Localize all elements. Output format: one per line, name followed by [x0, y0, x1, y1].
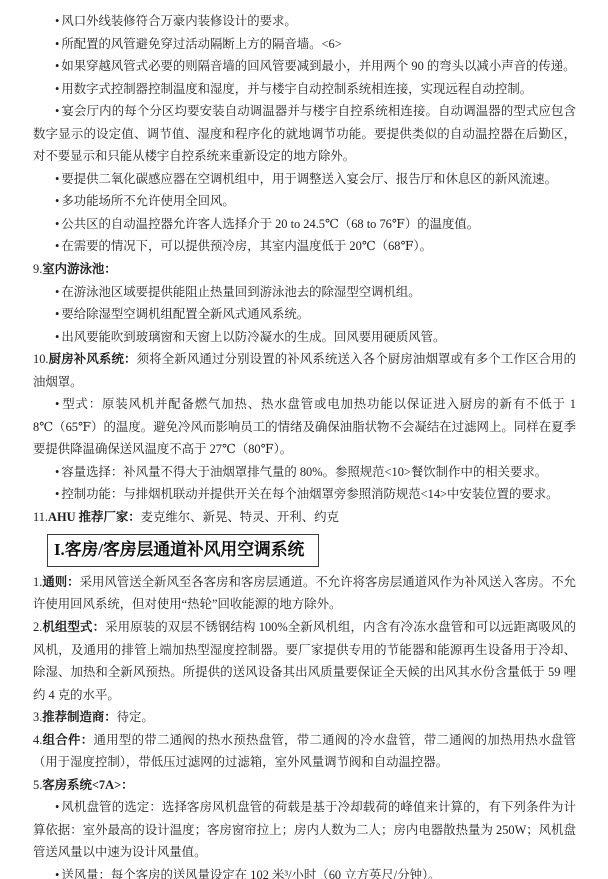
bullet-icon: •: [55, 397, 59, 411]
section-heading-box: I.客房/客房层通道补风用空调系统: [47, 534, 576, 567]
item-text: 宴会厅内的每个分区均要安装自动调温器并与楼宇自控系统相连接。自动调温器的型式应包…: [33, 104, 576, 163]
item-text: 用数字式控制器控制温度和湿度，并与楼宇自动控制系统相连接，实现远程自动控制。: [61, 82, 532, 96]
item-label: 通则：: [42, 575, 79, 589]
item-text: 容量选择：补风量不得大于油烟罩排气量的 80%。参照规范<10>餐饮制作中的相关…: [61, 465, 547, 479]
bullet-item: •用数字式控制器控制温度和湿度，并与楼宇自动控制系统相连接，实现远程自动控制。: [33, 78, 576, 101]
bullet-item: •风机盘管的选定：选择客房风机盘管的荷载是基于冷却载荷的峰值来计算的，有下列条件…: [33, 796, 576, 864]
document-page: •风口外线装修符合万豪内装修设计的要求。•所配置的风管避免穿过活动隔断上方的隔音…: [0, 0, 608, 879]
document-body: •风口外线装修符合万豪内装修设计的要求。•所配置的风管避免穿过活动隔断上方的隔音…: [33, 10, 576, 879]
item-number: 4.: [33, 733, 42, 747]
bullet-item: •型式：原装风机并配备燃气加热、热水盘管或电加热功能以保证进入厨房的新有不低于 …: [33, 393, 576, 461]
item-text: 待定。: [117, 710, 154, 724]
bullet-icon: •: [55, 465, 59, 479]
item-number: 2.: [33, 620, 42, 634]
item-label: 室内游泳池：: [42, 262, 116, 276]
item-text: 麦克维尔、新晃、特灵、开利、约克: [141, 510, 339, 524]
bullet-icon: •: [55, 239, 59, 253]
bullet-item: •出风要能吹到玻璃窗和天窗上以防冷凝水的生成。回风要用硬质风管。: [33, 326, 576, 349]
bullet-icon: •: [55, 59, 59, 73]
item-label: 组合件：: [42, 733, 93, 747]
item-label: 厨房补风系统：: [49, 352, 137, 366]
numbered-item: 1.通则：采用风管送全新风至各客房和客房层通道。不允许将客房层通道风作为补风送入…: [33, 571, 576, 616]
bullet-item: •在需要的情况下，可以提供预冷房，其室内温度低于 20℃（68℉）。: [33, 235, 576, 258]
item-number: 5.: [33, 778, 42, 792]
numbered-item: 3.推荐制造商：待定。: [33, 706, 576, 729]
bullet-item: •送风量：每个客房的送风量设定在 102 米³/小时（60 立方英尺/分钟）。: [33, 864, 576, 879]
bullet-icon: •: [55, 868, 59, 879]
bullet-icon: •: [55, 487, 59, 501]
bullet-icon: •: [55, 217, 59, 231]
bullet-icon: •: [55, 82, 59, 96]
item-text: 采用原装的双层不锈钢结构 100%全新风机组，内含有冷冻水盘管和可以远距离吸风的…: [33, 620, 576, 702]
item-text: 出风要能吹到玻璃窗和天窗上以防冷凝水的生成。回风要用硬质风管。: [61, 330, 445, 344]
item-text: 多功能场所不允许使用全回风。: [61, 194, 234, 208]
item-text: 风机盘管的选定：选择客房风机盘管的荷载是基于冷却载荷的峰值来计算的，有下列条件为…: [33, 800, 576, 859]
item-text: 在需要的情况下，可以提供预冷房，其室内温度低于 20℃（68℉）。: [61, 239, 432, 253]
item-text: 通用型的带二通阀的热水预热盘管，带二通阀的冷水盘管，带二通阀的加热用热水盘管（用…: [33, 733, 576, 770]
numbered-item: 5.客房系统<7A>：: [33, 774, 576, 797]
item-text: 采用风管送全新风至各客房和客房层通道。不允许将客房层通道风作为补风送入客房。不允…: [33, 575, 576, 612]
bullet-icon: •: [55, 800, 59, 814]
bullet-item: •公共区的自动温控器允许客人选择介于 20 to 24.5℃（68 to 76℉…: [33, 213, 576, 236]
item-text: 型式：原装风机并配备燃气加热、热水盘管或电加热功能以保证进入厨房的新有不低于 1…: [33, 397, 576, 456]
item-text: 如果穿越风管式必要的则隔音墙的回风管要减到最小，并用两个 90 的弯头以减小声音…: [61, 59, 575, 73]
numbered-item: 10.厨房补风系统：须将全新风通过分别设置的补风系统送入各个厨房油烟罩或有多个工…: [33, 348, 576, 393]
item-text: 要给除湿型空调机组配置全新风式通风系统。: [61, 307, 309, 321]
item-text: 所配置的风管避免穿过活动隔断上方的隔音墙。<6>: [61, 37, 341, 51]
item-number: 10.: [33, 352, 49, 366]
bullet-icon: •: [55, 330, 59, 344]
bullet-icon: •: [55, 37, 59, 51]
numbered-item: 4.组合件：通用型的带二通阀的热水预热盘管，带二通阀的冷水盘管，带二通阀的加热用…: [33, 729, 576, 774]
bullet-icon: •: [55, 285, 59, 299]
bullet-icon: •: [55, 307, 59, 321]
bullet-item: •如果穿越风管式必要的则隔音墙的回风管要减到最小，并用两个 90 的弯头以减小声…: [33, 55, 576, 78]
bullet-icon: •: [55, 194, 59, 208]
section-box-heading: I.客房/客房层通道补风用空调系统: [47, 534, 319, 567]
numbered-item: 11.AHU 推荐厂家：麦克维尔、新晃、特灵、开利、约克: [33, 506, 576, 529]
item-text: 送风量：每个客房的送风量设定在 102 米³/小时（60 立方英尺/分钟）。: [61, 868, 440, 879]
item-label: 推荐制造商：: [42, 710, 116, 724]
bullet-icon: •: [55, 104, 59, 118]
bullet-icon: •: [55, 172, 59, 186]
bullet-item: •宴会厅内的每个分区均要安装自动调温器并与楼宇自控系统相连接。自动调温器的型式应…: [33, 100, 576, 168]
numbered-item: 9.室内游泳池：: [33, 258, 576, 281]
item-number: 11.: [33, 510, 48, 524]
item-text: 公共区的自动温控器允许客人选择介于 20 to 24.5℃（68 to 76℉）…: [61, 217, 479, 231]
bullet-item: •容量选择：补风量不得大于油烟罩排气量的 80%。参照规范<10>餐饮制作中的相…: [33, 461, 576, 484]
bullet-item: •控制功能：与排烟机联动并提供开关在每个油烟罩旁参照消防规范<14>中安装位置的…: [33, 483, 576, 506]
bullet-item: •多功能场所不允许使用全回风。: [33, 190, 576, 213]
bullet-item: •所配置的风管避免穿过活动隔断上方的隔音墙。<6>: [33, 33, 576, 56]
numbered-item: 2.机组型式：采用原装的双层不锈钢结构 100%全新风机组，内含有冷冻水盘管和可…: [33, 616, 576, 706]
item-text: 在游泳池区域要提供能阻止热量回到游泳池去的除湿型空调机组。: [61, 285, 420, 299]
item-label: 机组型式：: [42, 620, 105, 634]
bullet-item: •要给除湿型空调机组配置全新风式通风系统。: [33, 303, 576, 326]
item-text: 控制功能：与排烟机联动并提供开关在每个油烟罩旁参照消防规范<14>中安装位置的要…: [61, 487, 558, 501]
bullet-item: •要提供二氧化碳感应器在空调机组中，用于调整送入宴会厅、报告厅和休息区的新风流速…: [33, 168, 576, 191]
item-text: 要提供二氧化碳感应器在空调机组中，用于调整送入宴会厅、报告厅和休息区的新风流速。: [61, 172, 557, 186]
item-number: 9.: [33, 262, 42, 276]
item-number: 3.: [33, 710, 42, 724]
item-number: 1.: [33, 575, 42, 589]
item-text: 风口外线装修符合万豪内装修设计的要求。: [61, 14, 296, 28]
bullet-item: •在游泳池区域要提供能阻止热量回到游泳池去的除湿型空调机组。: [33, 281, 576, 304]
item-label: AHU 推荐厂家：: [48, 510, 141, 524]
item-label: 客房系统<7A>：: [42, 778, 133, 792]
bullet-icon: •: [55, 14, 59, 28]
bullet-item: •风口外线装修符合万豪内装修设计的要求。: [33, 10, 576, 33]
